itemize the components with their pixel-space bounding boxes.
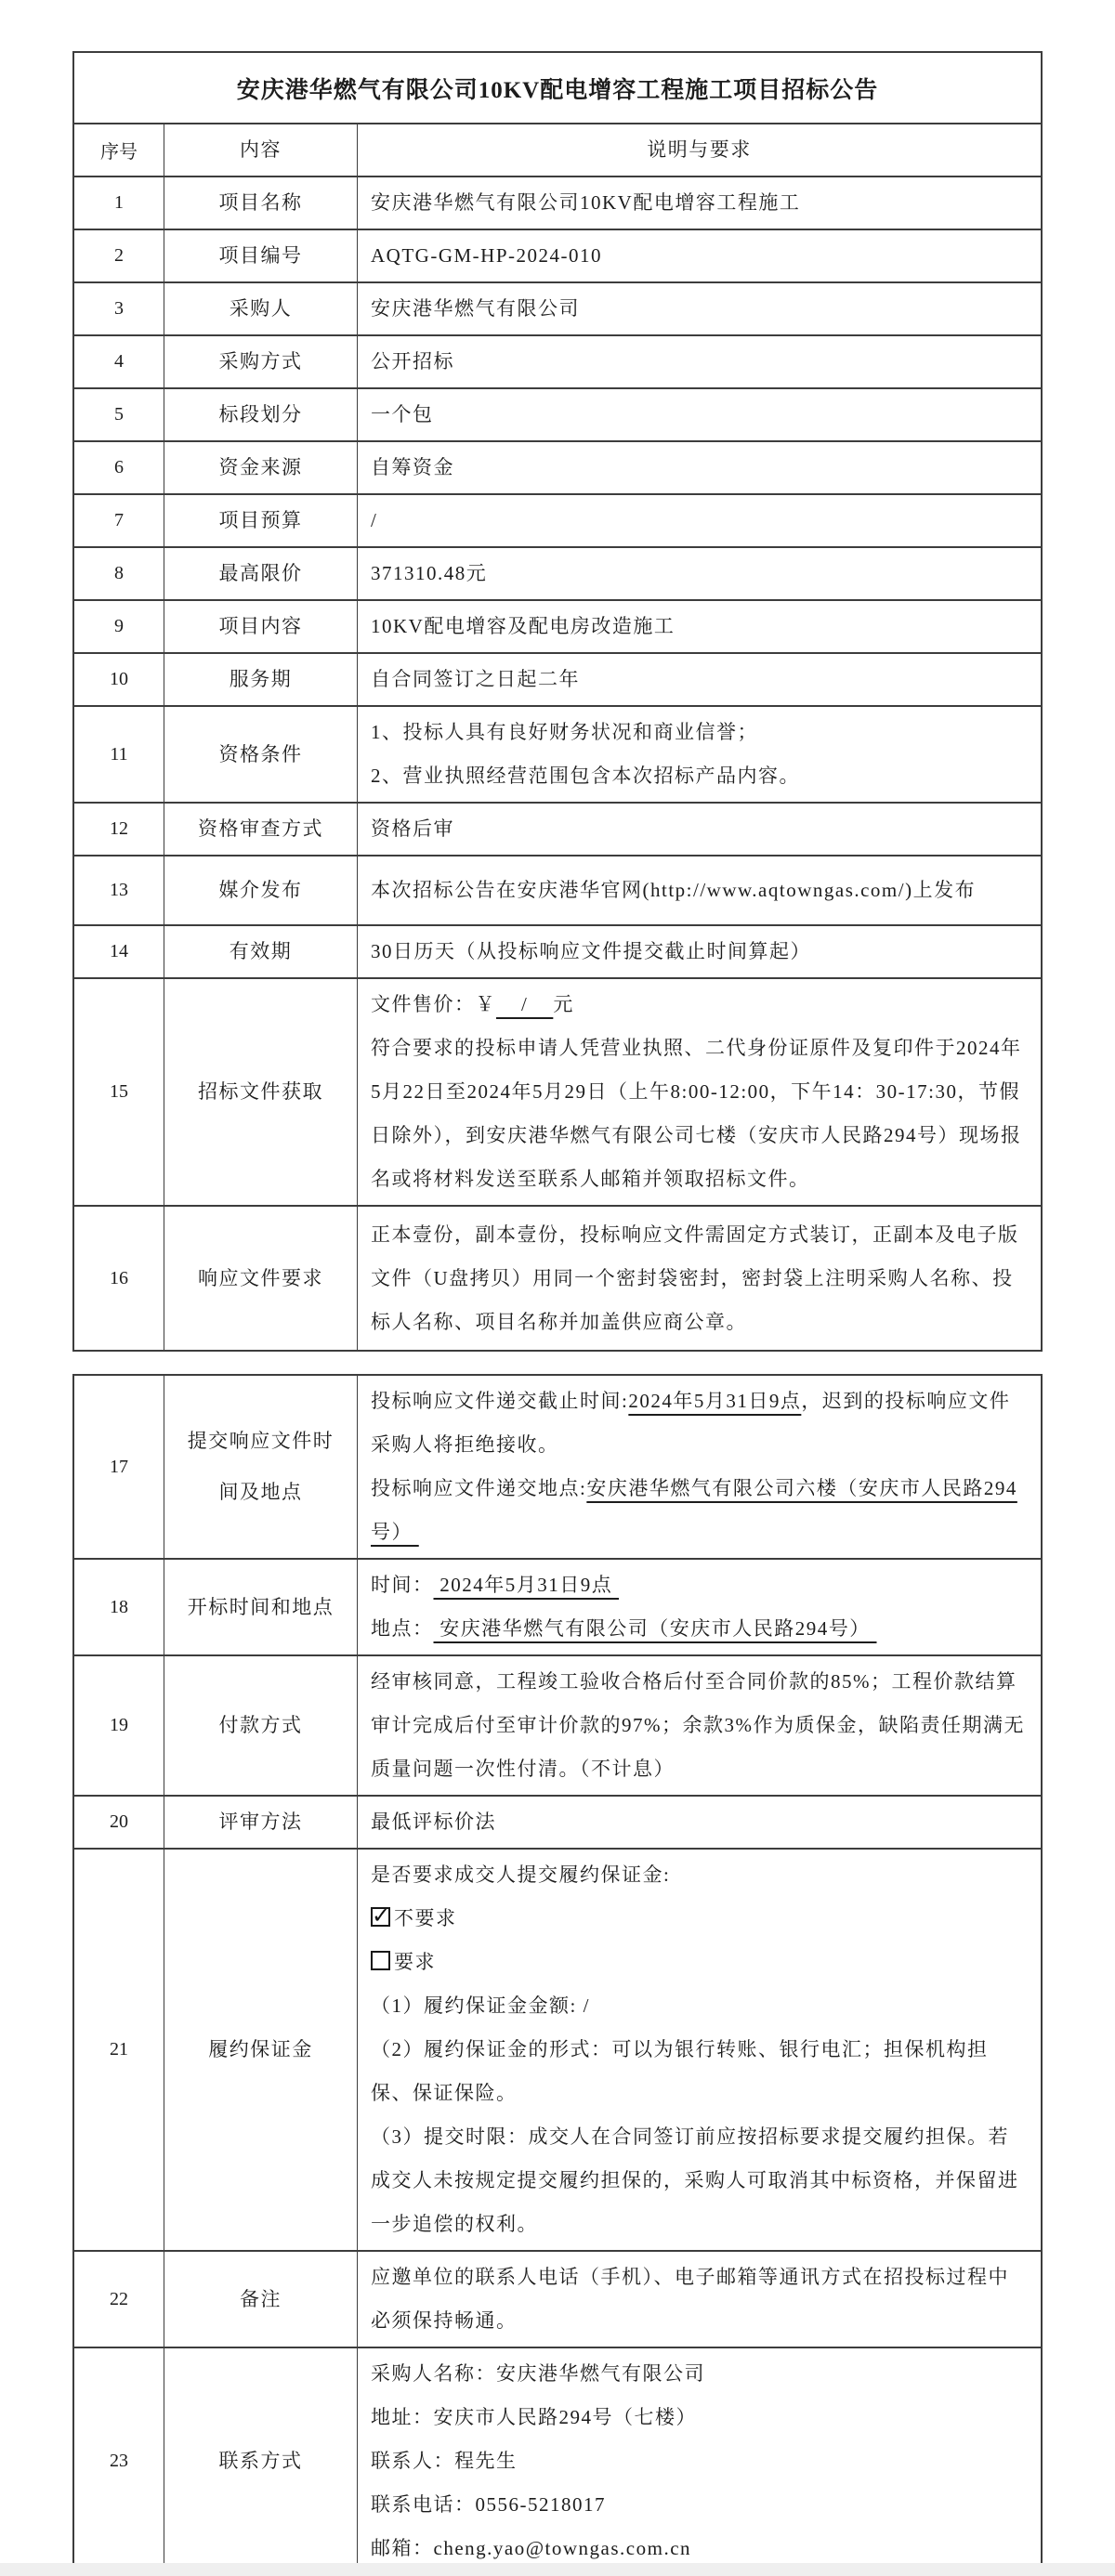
- desc-paragraph: 采购人名称：安庆港华燃气有限公司: [371, 2352, 1028, 2396]
- row-desc-cell: 10KV配电增容及配电房改造施工: [357, 601, 1041, 652]
- desc-paragraph: 10KV配电增容及配电房改造施工: [371, 605, 1028, 648]
- text-segment: 安庆港华燃气有限公司10KV配电增容工程施工: [371, 191, 800, 214]
- desc-paragraph: 联系人：程先生: [371, 2439, 1028, 2483]
- row-label: 采购方式: [164, 336, 357, 387]
- text-segment: 采购人名称：安庆港华燃气有限公司: [371, 2362, 705, 2385]
- text-segment: 是否要求成交人提交履约保证金:: [371, 1863, 670, 1886]
- row-desc-cell: 自筹资金: [357, 442, 1041, 493]
- row-desc-cell: /: [357, 495, 1041, 546]
- text-segment: 资格后审: [371, 817, 454, 840]
- row-desc-cell: 本次招标公告在安庆港华官网(http://www.aqtowngas.com/)…: [357, 856, 1041, 924]
- checkbox-checked-icon: [371, 1907, 390, 1927]
- desc-paragraph: 371310.48元: [371, 552, 1028, 595]
- desc-paragraph: （1）履约保证金金额: /: [371, 1984, 1028, 2028]
- desc-paragraph: 联系电话：0556-5218017: [371, 2483, 1028, 2527]
- row-label: 评审方法: [164, 1797, 357, 1848]
- table-row: 9项目内容10KV配电增容及配电房改造施工: [74, 599, 1041, 652]
- text-segment: （2）履约保证金的形式：可以为银行转账、银行电汇；担保机构担保、保证保险。: [371, 2038, 989, 2104]
- row-desc-cell: 安庆港华燃气有限公司: [357, 283, 1041, 334]
- row-label: 付款方式: [164, 1656, 357, 1795]
- row-label: 项目内容: [164, 601, 357, 652]
- row-label: 服务期: [164, 654, 357, 705]
- desc-paragraph: （2）履约保证金的形式：可以为银行转账、银行电汇；担保机构担保、保证保险。: [371, 2028, 1028, 2115]
- text-segment: （3）提交时限：成交人在合同签订前应按招标要求提交履约担保。若成交人未按规定提交…: [371, 2125, 1019, 2235]
- desc-paragraph: 投标响应文件递交地点:安庆港华燃气有限公司六楼（安庆市人民路294号）: [371, 1467, 1028, 1554]
- text-segment: 不要求: [394, 1907, 457, 1929]
- text-segment: 本次招标公告在安庆港华官网(http://www.aqtowngas.com/)…: [371, 879, 976, 901]
- desc-paragraph: 一个包: [371, 393, 1028, 437]
- desc-paragraph: 是否要求成交人提交履约保证金:: [371, 1853, 1028, 1897]
- text-segment: /: [371, 509, 377, 531]
- row-desc-cell: 1、投标人具有良好财务状况和商业信誉；2、营业执照经营范围包含本次招标产品内容。: [357, 707, 1041, 802]
- row-number: 19: [74, 1656, 164, 1795]
- desc-paragraph: 自合同签订之日起二年: [371, 658, 1028, 701]
- table-row: 12资格审查方式资格后审: [74, 802, 1041, 855]
- text-segment: 时间：: [371, 1574, 434, 1596]
- row-desc-cell: AQTG-GM-HP-2024-010: [357, 230, 1041, 281]
- desc-paragraph: 资格后审: [371, 807, 1028, 851]
- text-segment: 地址：安庆市人民路294号（七楼）: [371, 2406, 697, 2428]
- row-label: 资格条件: [164, 707, 357, 802]
- table-row: 19付款方式经审核同意，工程竣工验收合格后付至合同价款的85%；工程价款结算审计…: [74, 1654, 1041, 1795]
- row-label: 媒介发布: [164, 856, 357, 924]
- row-number: 21: [74, 1850, 164, 2250]
- table-row: 16响应文件要求正本壹份，副本壹份，投标响应文件需固定方式装订，正副本及电子版文…: [74, 1205, 1041, 1350]
- row-desc-cell: 经审核同意，工程竣工验收合格后付至合同价款的85%；工程价款结算审计完成后付至审…: [357, 1656, 1041, 1795]
- announcement-page: 安庆港华燃气有限公司10KV配电增容工程施工项目招标公告 序号 内容 说明与要求…: [0, 0, 1115, 2576]
- row-desc-cell: 时间： 2024年5月31日9点 地点： 安庆港华燃气有限公司（安庆市人民路29…: [357, 1560, 1041, 1654]
- table-row: 15招标文件获取文件售价：￥ / 元符合要求的投标申请人凭营业执照、二代身份证原…: [74, 977, 1041, 1205]
- desc-paragraph: 最低评标价法: [371, 1800, 1028, 1844]
- text-segment: 正本壹份，副本壹份，投标响应文件需固定方式装订，正副本及电子版文件（U盘拷贝）用…: [371, 1223, 1019, 1333]
- text-segment: 投标响应文件递交地点:: [371, 1477, 586, 1499]
- row-label: 资金来源: [164, 442, 357, 493]
- text-segment: 371310.48元: [371, 562, 487, 584]
- row-desc-cell: 文件售价：￥ / 元符合要求的投标申请人凭营业执照、二代身份证原件及复印件于20…: [357, 979, 1041, 1205]
- table-title-row: 安庆港华燃气有限公司10KV配电增容工程施工项目招标公告: [74, 53, 1041, 123]
- text-segment: 安庆港华燃气有限公司: [371, 297, 580, 320]
- text-segment: 最低评标价法: [371, 1811, 496, 1833]
- desc-paragraph: AQTG-GM-HP-2024-010: [371, 234, 1028, 278]
- page-bottom-strip: [0, 2563, 1115, 2576]
- table-row: 7项目预算/: [74, 493, 1041, 546]
- desc-paragraph: /: [371, 499, 1028, 543]
- text-segment: /: [496, 993, 553, 1015]
- table-row: 2项目编号AQTG-GM-HP-2024-010: [74, 229, 1041, 281]
- table-row: 10服务期自合同签订之日起二年: [74, 652, 1041, 705]
- table-row: 8最高限价371310.48元: [74, 546, 1041, 599]
- text-segment: 应邀单位的联系人电话（手机）、电子邮箱等通讯方式在招投标过程中必须保持畅通。: [371, 2266, 1009, 2332]
- row-number: 17: [74, 1376, 164, 1558]
- table-row: 5标段划分一个包: [74, 387, 1041, 440]
- row-desc-cell: 安庆港华燃气有限公司10KV配电增容工程施工: [357, 177, 1041, 229]
- row-number: 6: [74, 442, 164, 493]
- table-row: 13媒介发布本次招标公告在安庆港华官网(http://www.aqtowngas…: [74, 855, 1041, 924]
- table-row: 4采购方式公开招标: [74, 334, 1041, 387]
- checkbox-unchecked-icon: [371, 1951, 390, 1970]
- text-segment: 安庆港华燃气有限公司（安庆市人民路294号）: [434, 1617, 877, 1640]
- row-number: 14: [74, 926, 164, 977]
- text-segment: 10KV配电增容及配电房改造施工: [371, 615, 675, 637]
- row-desc-cell: 公开招标: [357, 336, 1041, 387]
- text-segment: 自筹资金: [371, 456, 454, 478]
- text-segment: 2、营业执照经营范围包含本次招标产品内容。: [371, 765, 800, 787]
- text-segment: AQTG-GM-HP-2024-010: [371, 244, 602, 267]
- column-header-desc: 说明与要求: [357, 124, 1041, 176]
- text-segment: 地点：: [371, 1617, 434, 1640]
- row-label: 提交响应文件时间及地点: [164, 1376, 357, 1558]
- table-row: 11资格条件1、投标人具有良好财务状况和商业信誉；2、营业执照经营范围包含本次招…: [74, 705, 1041, 802]
- row-number: 5: [74, 389, 164, 440]
- text-segment: 公开招标: [371, 350, 454, 373]
- row-number: 7: [74, 495, 164, 546]
- desc-paragraph: 文件售价：￥ / 元: [371, 983, 1028, 1026]
- desc-paragraph: 安庆港华燃气有限公司: [371, 287, 1028, 331]
- row-label: 有效期: [164, 926, 357, 977]
- desc-paragraph: 时间： 2024年5月31日9点: [371, 1563, 1028, 1607]
- text-segment: 元: [553, 993, 574, 1015]
- desc-paragraph: 30日历天（从投标响应文件提交截止时间算起）: [371, 930, 1028, 974]
- row-desc-cell: 是否要求成交人提交履约保证金:不要求要求（1）履约保证金金额: /（2）履约保证…: [357, 1850, 1041, 2250]
- text-segment: 联系电话：0556-5218017: [371, 2493, 606, 2516]
- desc-paragraph: 经审核同意，工程竣工验收合格后付至合同价款的85%；工程价款结算审计完成后付至审…: [371, 1660, 1028, 1791]
- desc-paragraph: 正本壹份，副本壹份，投标响应文件需固定方式装订，正副本及电子版文件（U盘拷贝）用…: [371, 1213, 1028, 1344]
- table-row: 23联系方式采购人名称：安庆港华燃气有限公司地址：安庆市人民路294号（七楼）联…: [74, 2347, 1041, 2574]
- table-row: 21履约保证金是否要求成交人提交履约保证金:不要求要求（1）履约保证金金额: /…: [74, 1848, 1041, 2250]
- row-number: 8: [74, 548, 164, 599]
- table-row: 20评审方法最低评标价法: [74, 1795, 1041, 1848]
- row-number: 1: [74, 177, 164, 229]
- text-segment: 2024年5月31日9点: [628, 1390, 801, 1412]
- desc-paragraph: 自筹资金: [371, 446, 1028, 490]
- tender-table-main: 安庆港华燃气有限公司10KV配电增容工程施工项目招标公告 序号 内容 说明与要求…: [72, 51, 1043, 1352]
- column-header-content: 内容: [164, 124, 357, 176]
- table-row: 1项目名称安庆港华燃气有限公司10KV配电增容工程施工: [74, 176, 1041, 229]
- text-segment: 30日历天（从投标响应文件提交截止时间算起）: [371, 940, 811, 962]
- row-label: 履约保证金: [164, 1850, 357, 2250]
- desc-paragraph: 应邀单位的联系人电话（手机）、电子邮箱等通讯方式在招投标过程中必须保持畅通。: [371, 2256, 1028, 2343]
- row-desc-cell: 采购人名称：安庆港华燃气有限公司地址：安庆市人民路294号（七楼）联系人：程先生…: [357, 2348, 1041, 2574]
- text-segment: 联系人：程先生: [371, 2450, 518, 2472]
- desc-paragraph: 安庆港华燃气有限公司10KV配电增容工程施工: [371, 181, 1028, 225]
- table-row: 3采购人安庆港华燃气有限公司: [74, 281, 1041, 334]
- row-label: 开标时间和地点: [164, 1560, 357, 1654]
- table-row: 22备注应邀单位的联系人电话（手机）、电子邮箱等通讯方式在招投标过程中必须保持畅…: [74, 2250, 1041, 2347]
- row-number: 23: [74, 2348, 164, 2574]
- row-number: 18: [74, 1560, 164, 1654]
- row-label: 招标文件获取: [164, 979, 357, 1205]
- text-segment: 符合要求的投标申请人凭营业执照、二代身份证原件及复印件于2024年5月22日至2…: [371, 1037, 1022, 1190]
- row-label: 标段划分: [164, 389, 357, 440]
- row-label: 项目名称: [164, 177, 357, 229]
- text-segment: 1、投标人具有良好财务状况和商业信誉；: [371, 721, 758, 743]
- text-segment: 一个包: [371, 403, 434, 425]
- desc-paragraph: （3）提交时限：成交人在合同签订前应按招标要求提交履约担保。若成交人未按规定提交…: [371, 2115, 1028, 2246]
- table-row: 6资金来源自筹资金: [74, 440, 1041, 493]
- row-desc-cell: 一个包: [357, 389, 1041, 440]
- desc-paragraph: 地点： 安庆港华燃气有限公司（安庆市人民路294号）: [371, 1607, 1028, 1651]
- desc-paragraph: 2、营业执照经营范围包含本次招标产品内容。: [371, 754, 1028, 798]
- row-label: 项目编号: [164, 230, 357, 281]
- row-desc-cell: 正本壹份，副本壹份，投标响应文件需固定方式装订，正副本及电子版文件（U盘拷贝）用…: [357, 1207, 1041, 1350]
- column-header-no: 序号: [74, 124, 164, 176]
- row-number: 20: [74, 1797, 164, 1848]
- desc-paragraph: 不要求: [371, 1897, 1028, 1941]
- desc-paragraph: 公开招标: [371, 340, 1028, 384]
- row-label: 响应文件要求: [164, 1207, 357, 1350]
- row-label: 备注: [164, 2252, 357, 2347]
- row-desc-cell: 应邀单位的联系人电话（手机）、电子邮箱等通讯方式在招投标过程中必须保持畅通。: [357, 2252, 1041, 2347]
- tender-table-continued: 17提交响应文件时间及地点投标响应文件递交截止时间:2024年5月31日9点，迟…: [72, 1374, 1043, 2576]
- row-number: 4: [74, 336, 164, 387]
- row-number: 9: [74, 601, 164, 652]
- text-segment: 经审核同意，工程竣工验收合格后付至合同价款的85%；工程价款结算审计完成后付至审…: [371, 1670, 1025, 1780]
- row-desc-cell: 资格后审: [357, 804, 1041, 855]
- desc-paragraph: 地址：安庆市人民路294号（七楼）: [371, 2396, 1028, 2439]
- row-number: 10: [74, 654, 164, 705]
- row-label: 资格审查方式: [164, 804, 357, 855]
- row-number: 22: [74, 2252, 164, 2347]
- row-label: 采购人: [164, 283, 357, 334]
- row-label: 联系方式: [164, 2348, 357, 2574]
- text-segment: 要求: [394, 1951, 436, 1973]
- desc-paragraph: 符合要求的投标申请人凭营业执照、二代身份证原件及复印件于2024年5月22日至2…: [371, 1026, 1028, 1201]
- text-segment: 投标响应文件递交截止时间:: [371, 1390, 628, 1412]
- row-desc-cell: 自合同签订之日起二年: [357, 654, 1041, 705]
- row-desc-cell: 投标响应文件递交截止时间:2024年5月31日9点，迟到的投标响应文件采购人将拒…: [357, 1376, 1041, 1558]
- row-number: 15: [74, 979, 164, 1205]
- announcement-title: 安庆港华燃气有限公司10KV配电增容工程施工项目招标公告: [74, 53, 1041, 123]
- row-desc-cell: 最低评标价法: [357, 1797, 1041, 1848]
- text-segment: 文件售价：￥: [371, 993, 496, 1015]
- row-number: 3: [74, 283, 164, 334]
- row-number: 2: [74, 230, 164, 281]
- row-number: 13: [74, 856, 164, 924]
- text-segment: 邮箱：cheng.yao@towngas.com.cn: [371, 2537, 691, 2559]
- row-label: 项目预算: [164, 495, 357, 546]
- desc-paragraph: 1、投标人具有良好财务状况和商业信誉；: [371, 711, 1028, 754]
- row-desc-cell: 371310.48元: [357, 548, 1041, 599]
- row-number: 12: [74, 804, 164, 855]
- table-header-row: 序号 内容 说明与要求: [74, 123, 1041, 176]
- text-segment: （1）履约保证金金额: /: [371, 1994, 590, 2017]
- row-number: 11: [74, 707, 164, 802]
- table-row: 18开标时间和地点时间： 2024年5月31日9点 地点： 安庆港华燃气有限公司…: [74, 1558, 1041, 1654]
- row-label: 最高限价: [164, 548, 357, 599]
- table-row: 17提交响应文件时间及地点投标响应文件递交截止时间:2024年5月31日9点，迟…: [74, 1376, 1041, 1558]
- desc-paragraph: 本次招标公告在安庆港华官网(http://www.aqtowngas.com/)…: [371, 869, 1028, 912]
- table-gap: [0, 1352, 1115, 1374]
- desc-paragraph: 投标响应文件递交截止时间:2024年5月31日9点，迟到的投标响应文件采购人将拒…: [371, 1380, 1028, 1467]
- text-segment: 自合同签订之日起二年: [371, 668, 580, 690]
- row-desc-cell: 30日历天（从投标响应文件提交截止时间算起）: [357, 926, 1041, 977]
- desc-paragraph: 要求: [371, 1941, 1028, 1984]
- table-row: 14有效期30日历天（从投标响应文件提交截止时间算起）: [74, 924, 1041, 977]
- row-number: 16: [74, 1207, 164, 1350]
- text-segment: 2024年5月31日9点: [434, 1574, 620, 1596]
